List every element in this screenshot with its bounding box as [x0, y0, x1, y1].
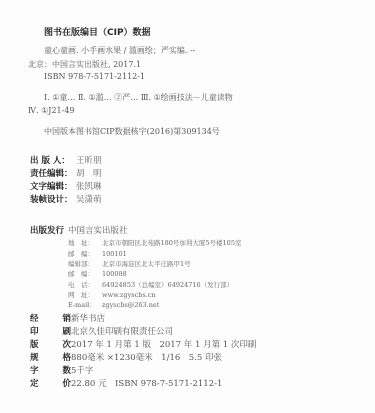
credit-value: 王昕朋: [76, 156, 102, 166]
copyright-page: 图书在版编目（CIP）数据 童心童画. 小手画水果 / 滥画绘；严实编. -- …: [0, 0, 375, 413]
credit-designer: 装帧设计：吴潇萌: [30, 193, 102, 205]
cip-line-subjects: Ⅰ. ①童… Ⅱ. ①滥… ②严… Ⅲ. ①绘画技法－儿童读物: [44, 92, 233, 103]
cip-title: 图书在版编目（CIP）数据: [44, 25, 151, 38]
spec-word-count: 字数5千字: [30, 364, 93, 376]
credit-text-editor: 文字编辑：张凯琳: [30, 180, 102, 192]
cip-line-publisher: 北京：中国言实出版社, 2017.1: [28, 59, 141, 70]
cip-line-isbn: ISBN 978-7-5171-2112-1: [44, 72, 145, 81]
publisher-postcode: 邮 编：100101: [68, 249, 127, 258]
spec-distributor: 经销新华书店: [30, 312, 105, 324]
spec-price: 定价22.80 元 ISBN 978-7-5171-2112-1: [30, 377, 222, 389]
spec-format: 规格880毫米 ×1230毫米 1/16 5.5 印张: [30, 351, 222, 363]
cip-line-classification: Ⅳ. ①J21-49: [28, 106, 75, 115]
editorial-address: 编辑部：北京市海淀区北太平庄路甲1号: [68, 259, 191, 268]
cip-line-title: 童心童画. 小手画水果 / 滥画绘；严实编. --: [44, 45, 195, 56]
spec-printer: 印刷北京久佳印刷有限责任公司: [30, 325, 173, 337]
cip-line-record-number: 中国版本图书馆CIP数据核字(2016)第309134号: [44, 126, 220, 137]
credit-editor: 责任编辑：胡 明: [30, 167, 102, 179]
credit-label: 责任编辑：: [30, 167, 76, 179]
publisher-email: E-mail：zgyscbs@263.net: [68, 300, 159, 309]
credit-label: 文字编辑：: [30, 180, 76, 192]
credit-value: 胡 明: [76, 169, 102, 179]
publisher-website: 网 址：www.zgyscbs.cn: [68, 290, 156, 299]
spec-edition: 版次2017 年 1 月第 1 版 2017 年 1 月第 1 次印刷: [30, 338, 256, 350]
editorial-postcode: 邮 编：100088: [68, 269, 127, 278]
publisher-heading: 出版发行: [30, 224, 64, 236]
credit-value: 吴潇萌: [76, 195, 102, 205]
credit-label: 装帧设计：: [30, 193, 76, 205]
credit-value: 张凯琳: [76, 182, 102, 192]
credit-label: 出 版 人：: [30, 154, 76, 166]
publisher-address: 地 址：北京市朝阳区北苑路180号加利大厦5号楼105室: [68, 238, 241, 247]
publisher-phone: 电 话：64924853（总编室）64924716（发行部）: [68, 280, 233, 289]
credit-publisher: 出 版 人：王昕朋: [30, 154, 102, 166]
publisher-name: 中国言实出版社: [68, 224, 128, 236]
